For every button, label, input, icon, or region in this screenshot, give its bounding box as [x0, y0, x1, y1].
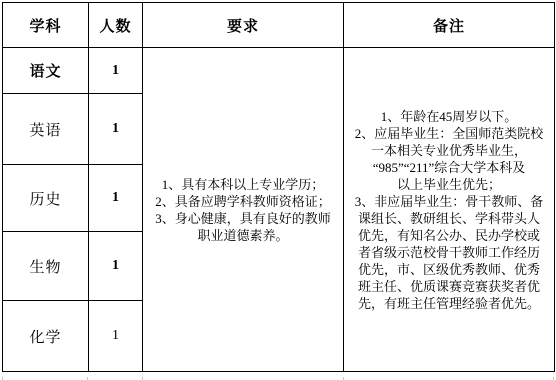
subject-cell-chemistry: 化学	[3, 301, 89, 372]
count-cell-chemistry: 1	[89, 301, 143, 372]
header-cell-remarks: 备注	[344, 3, 555, 48]
header-cell-requirements: 要求	[143, 3, 344, 48]
subject-cell-biology: 生物	[3, 232, 89, 301]
header-row: 学科 人数 要求 备注	[3, 3, 555, 48]
table-row: 语文 1 1、具有本科以上专业学历； 2、具备应聘学科教师资格证； 3、身心健康…	[3, 48, 555, 94]
remarks-cell: 1、年龄在45周岁以下。 2、应届毕业生：全国师范类院校 一本相关专业优秀毕业生…	[344, 48, 555, 372]
requirements-cell: 1、具有本科以上专业学历； 2、具备应聘学科教师资格证； 3、身心健康，具有良好…	[143, 48, 344, 372]
header-cell-count: 人数	[89, 3, 143, 48]
count-cell-chinese: 1	[89, 48, 143, 94]
header-cell-subject: 学科	[3, 3, 89, 48]
subject-cell-english: 英语	[3, 94, 89, 165]
subject-cell-history: 历史	[3, 165, 89, 232]
count-cell-english: 1	[89, 94, 143, 165]
page: 学科 人数 要求 备注 语文 1 1、具有本科以上专业学历； 2、具备应聘学科教…	[0, 0, 556, 380]
recruitment-table: 学科 人数 要求 备注 语文 1 1、具有本科以上专业学历； 2、具备应聘学科教…	[2, 2, 555, 372]
subject-cell-chinese: 语文	[3, 48, 89, 94]
count-cell-biology: 1	[89, 232, 143, 301]
count-cell-history: 1	[89, 165, 143, 232]
